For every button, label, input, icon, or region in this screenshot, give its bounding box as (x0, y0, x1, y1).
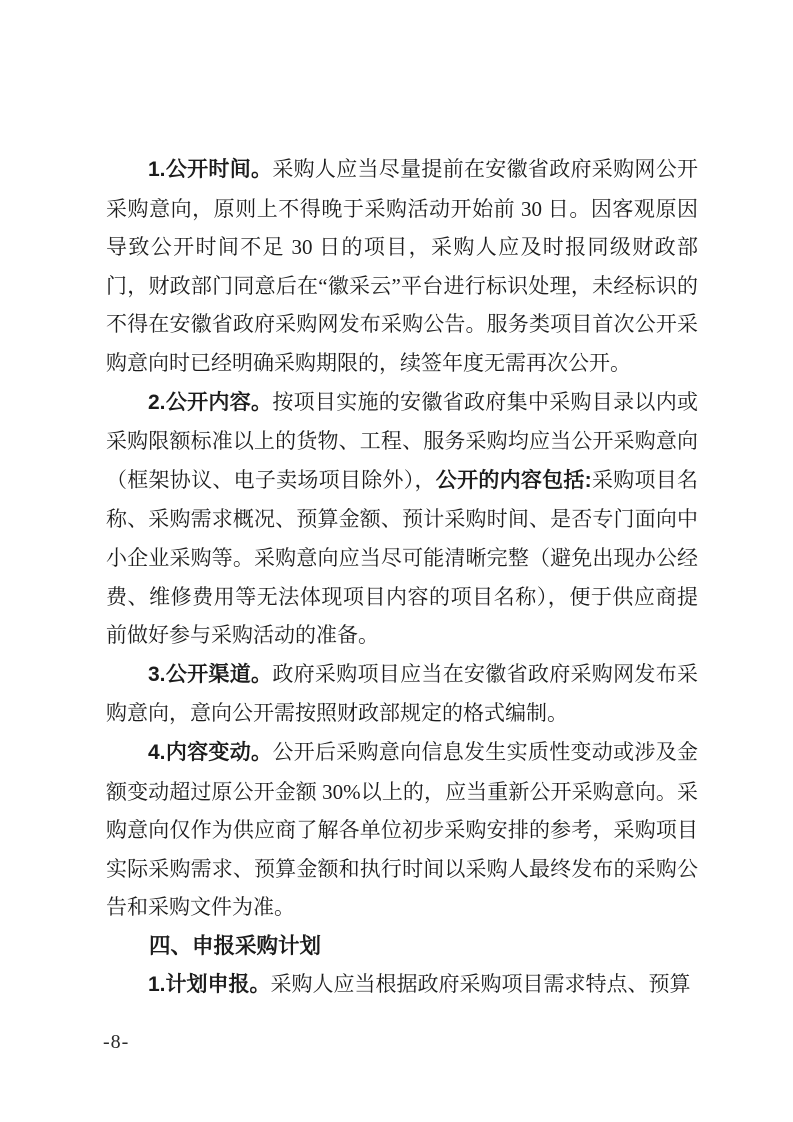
document-page: 1.公开时间。采购人应当尽量提前在安徽省政府采购网公开采购意向，原则上不得晚于采… (0, 0, 793, 1122)
paragraph-plan-declare: 1.计划申报。采购人应当根据政府采购项目需求特点、预算 (106, 965, 698, 1005)
paragraph-open-time: 1.公开时间。采购人应当尽量提前在安徽省政府采购网公开采购意向，原则上不得晚于采… (106, 150, 698, 383)
paragraph-open-content-bold-phrase: 公开的内容包括: (436, 469, 592, 492)
paragraph-content-change-text: 公开后采购意向信息发生实质性变动或涉及金额变动超过原公开金额 30%以上的，应当… (106, 740, 698, 919)
paragraph-open-content-text2: 采购项目名称、采购需求概况、预算金额、预计采购时间、是否专门面向中小企业采购等。… (106, 468, 698, 647)
paragraph-content-change: 4.内容变动。公开后采购意向信息发生实质性变动或涉及金额变动超过原公开金额 30… (106, 733, 698, 927)
paragraph-open-channel: 3.公开渠道。政府采购项目应当在安徽省政府采购网发布采购意向，意向公开需按照财政… (106, 655, 698, 733)
paragraph-open-content-label: 2.公开内容。 (148, 391, 272, 414)
page-number: -8- (103, 1030, 129, 1054)
paragraph-open-channel-label: 3.公开渠道。 (148, 663, 272, 686)
paragraph-open-time-text: 采购人应当尽量提前在安徽省政府采购网公开采购意向，原则上不得晚于采购活动开始前 … (106, 157, 698, 375)
paragraph-open-time-label: 1.公开时间。 (148, 158, 272, 181)
page-content: 1.公开时间。采购人应当尽量提前在安徽省政府采购网公开采购意向，原则上不得晚于采… (106, 150, 698, 1005)
paragraph-plan-declare-text: 采购人应当根据政府采购项目需求特点、预算 (271, 972, 691, 996)
paragraph-open-content: 2.公开内容。按项目实施的安徽省政府集中采购目录以内或采购限额标准以上的货物、工… (106, 383, 698, 655)
paragraph-content-change-label: 4.内容变动。 (148, 741, 272, 764)
section-heading: 四、申报采购计划 (106, 927, 698, 966)
paragraph-plan-declare-label: 1.计划申报。 (148, 973, 271, 996)
